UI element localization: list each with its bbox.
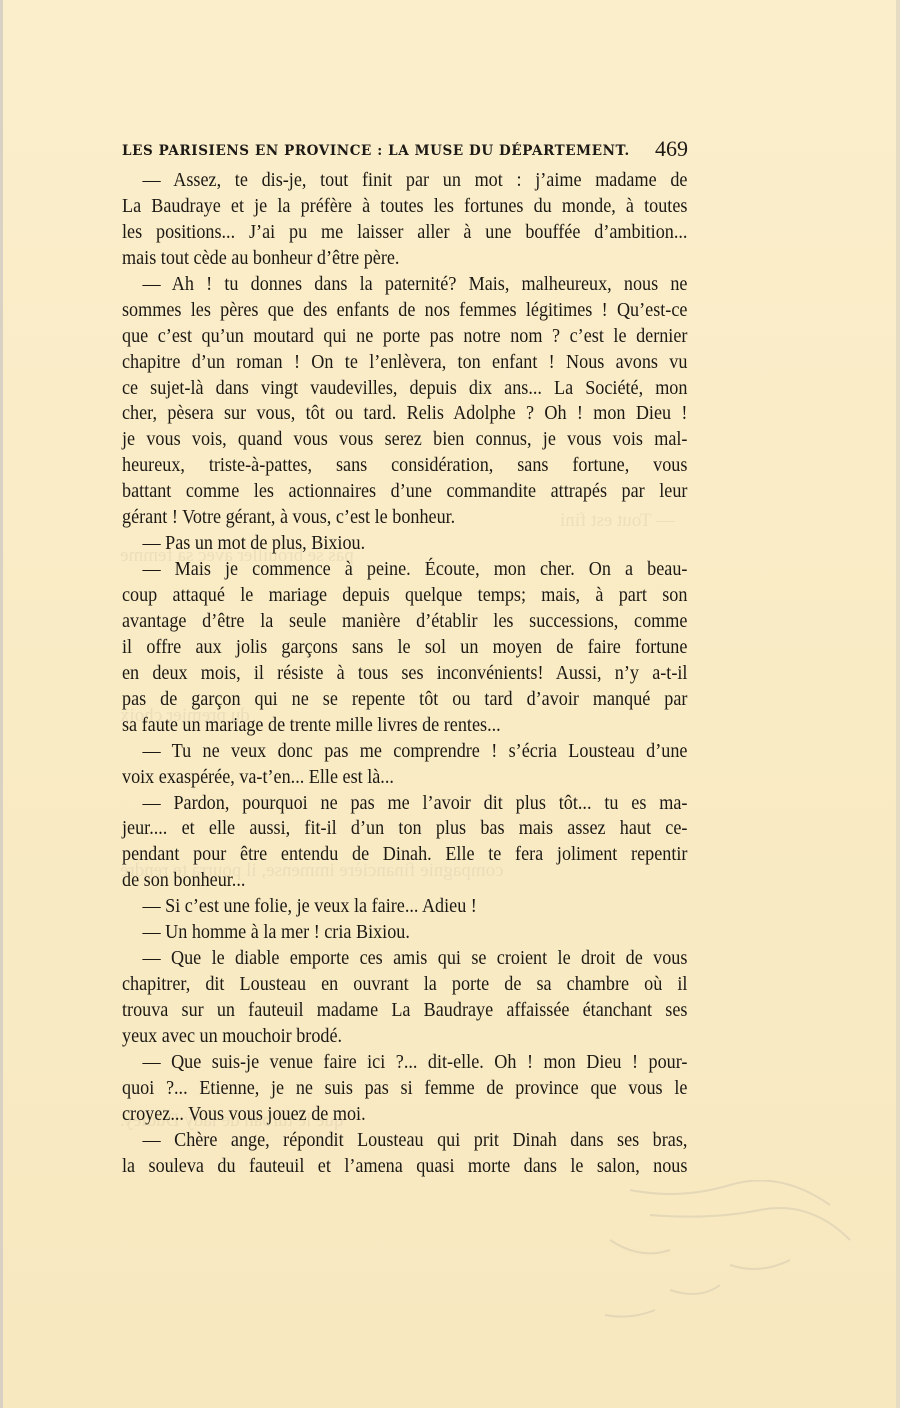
text-line: pas de garçon qui ne se repente tôt ou t… [122, 687, 687, 713]
text-line: sommes les pères que des enfants de nos … [122, 298, 687, 324]
text-line: — Que le diable emporte ces amis qui se … [122, 946, 687, 972]
text-line: — Chère ange, répondit Lousteau qui prit… [122, 1128, 687, 1154]
text-line: La Baudraye et je la préfère à toutes le… [122, 194, 687, 220]
page-left-edge [0, 0, 3, 1408]
text-line: la souleva du fauteuil et l’amena quasi … [122, 1154, 687, 1180]
running-head: LES PARISIENS EN PROVINCE : LA MUSE DU D… [122, 136, 688, 164]
text-line: croyez... Vous vous jouez de moi. [122, 1102, 687, 1128]
text-line: en deux mois, il résiste à tous ses inco… [122, 661, 687, 687]
text-line: de son bonheur... [122, 868, 687, 894]
book-page: — Tout est fini pas se brouiller avec sa… [0, 0, 900, 1408]
page-number: 469 [655, 136, 688, 162]
text-line: — Ah ! tu donnes dans la paternité? Mais… [122, 272, 687, 298]
text-line: chapitre d’un roman ! On te l’enlèvera, … [122, 350, 687, 376]
text-line: — Pardon, pourquoi ne pas me l’avoir dit… [122, 791, 687, 817]
text-line: — Mais je commence à peine. Écoute, mon … [122, 557, 687, 583]
text-line: trouva sur un fauteuil madame La Baudray… [122, 998, 687, 1024]
text-line: voix exaspérée, va-t’en... Elle est là..… [122, 765, 687, 791]
text-line: il offre aux jolis garçons sans le sol u… [122, 635, 687, 661]
text-line: — Un homme à la mer ! cria Bixiou. [122, 920, 687, 946]
text-line: — Pas un mot de plus, Bixiou. [122, 531, 687, 557]
text-line: jeur.... et elle aussi, fit-il d’un ton … [122, 816, 687, 842]
text-line: heureux, triste-à-pattes, sans considéra… [122, 453, 687, 479]
text-line: cher, pèsera sur vous, tôt ou tard. Reli… [122, 401, 687, 427]
pencil-marks [600, 1180, 880, 1340]
text-line: sa faute un mariage de trente mille livr… [122, 713, 687, 739]
text-line: que c’est qu’un moutard qui ne porte pas… [122, 324, 687, 350]
text-line: avantage d’être la seule manière d’établ… [122, 609, 687, 635]
text-line: — Tu ne veux donc pas me comprendre ! s’… [122, 739, 687, 765]
text-line: — Assez, te dis-je, tout finit par un mo… [122, 168, 687, 194]
body-text: — Assez, te dis-je, tout finit par un mo… [122, 168, 687, 1180]
text-line: — Si c’est une folie, je veux la faire..… [122, 894, 687, 920]
text-line: coup attaqué le mariage depuis quelque t… [122, 583, 687, 609]
text-line: quoi ?... Etienne, je ne suis pas si fem… [122, 1076, 687, 1102]
text-line: je vous vois, quand vous vous serez bien… [122, 427, 687, 453]
running-head-title: LES PARISIENS EN PROVINCE : LA MUSE DU D… [122, 143, 630, 159]
text-line: chapitrer, dit Lousteau en ouvrant la po… [122, 972, 687, 998]
page-right-edge [896, 0, 900, 1408]
text-line: les positions... J’ai pu me laisser alle… [122, 220, 687, 246]
text-line: yeux avec un mouchoir brodé. [122, 1024, 687, 1050]
text-line: gérant ! Votre gérant, à vous, c’est le … [122, 505, 687, 531]
text-line: battant comme les actionnaires d’une com… [122, 479, 687, 505]
text-line: — Que suis-je venue faire ici ?... dit-e… [122, 1050, 687, 1076]
text-line: mais tout cède au bonheur d’être père. [122, 246, 687, 272]
text-line: ce sujet-là dans vingt vaudevilles, depu… [122, 376, 687, 402]
text-line: pendant pour être entendu de Dinah. Elle… [122, 842, 687, 868]
